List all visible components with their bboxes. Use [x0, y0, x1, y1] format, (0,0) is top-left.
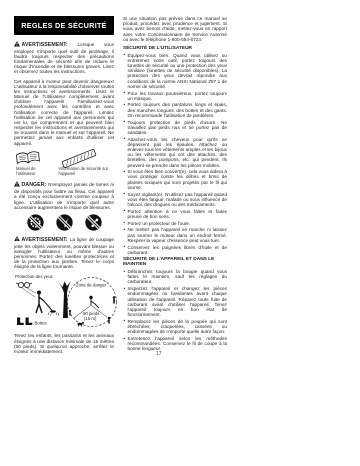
section-heading-user-safety: SÉCURITÉ DE L'UTILISATEUR — [123, 46, 227, 51]
distance-paragraph: Tenez les enfants, les passants et les a… — [14, 333, 114, 354]
dog-figure — [77, 322, 84, 327]
open-book-icon — [16, 150, 50, 167]
section-heading-maintenance: SÉCURITÉ DE L'APPAREIL ET DANS LE MAINTI… — [123, 257, 227, 268]
page-number: 17 — [156, 351, 162, 357]
hatched-label-icon — [58, 150, 114, 167]
pointer-lines — [22, 288, 36, 298]
list-item: Portez attention à ce vous faites et fai… — [123, 209, 227, 219]
tree — [58, 281, 72, 318]
warning-label: AVERTISSEMENT: — [22, 42, 68, 48]
danger-zone-diagram: Protection des yeux — [14, 273, 114, 330]
list-item: Portez un protecteur de l'ouïe. — [123, 221, 227, 226]
list-item: Remplacez les pièces de la poupée qui so… — [123, 319, 227, 335]
danger-zone-label: Zone de danger — [76, 283, 107, 288]
user-safety-list: Équipez-vous bien. Quand vous utilisez o… — [123, 53, 227, 255]
right-column: Si une situation pas prévue dans ce manu… — [123, 16, 227, 353]
warning-paragraph-2: AVERTISSEMENT: La ligne de coupage jette… — [14, 236, 114, 270]
intro-paragraph: Si une situation pas prévue dans ce manu… — [123, 16, 227, 42]
danger-label: DANGER: — [22, 182, 47, 188]
operator-figure — [36, 291, 59, 316]
reference-figures: Manuel de l'utilisateur Information de s… — [16, 150, 114, 177]
manual-caption: Manuel de l'utilisateur — [16, 167, 50, 177]
eye-protection-label: Protection des yeux — [15, 274, 54, 279]
boots-icon — [17, 318, 32, 326]
maintenance-list: Débranchez toujours la bougie quand vous… — [123, 269, 227, 351]
warning-triangle-icon — [14, 236, 20, 243]
list-item: Inspectez l'appareil et changez les pièc… — [123, 286, 227, 317]
appareil-paragraph: Cet appareil à moteur peut devenir dange… — [14, 79, 114, 146]
list-item: Soyez vigilant(e). N'utilisez pas l'appa… — [123, 192, 227, 208]
warning-paragraph-1: AVERTISSEMENT: Lorsque vous employez n'i… — [14, 41, 114, 75]
list-item: Pour les travaux poussiéreux, portez tou… — [123, 91, 227, 101]
safety-label-figure: Information de sécurité sur l'appareil — [58, 150, 114, 177]
list-item: Si vous êtes bien couvert(e), cela vous … — [123, 169, 227, 190]
list-item: Équipez-vous bien. Quand vous utilisez o… — [123, 53, 227, 89]
warning-label: AVERTISSEMENT: — [22, 237, 68, 243]
safety-label-caption: Information de sécurité sur l'appareil — [58, 167, 114, 177]
list-item: Conservez les poignées libres d'huile et… — [123, 245, 227, 255]
list-item: Ne mettez pas l'appareil en marche ni la… — [123, 227, 227, 243]
list-item: Entretenez l'appareil selon les méthodes… — [123, 336, 227, 352]
left-column: REGLES DE SÉCURITÉ AVERTISSEMENT: Lorsqu… — [14, 16, 114, 358]
list-item: Débranchez toujours la bougie quand vous… — [123, 269, 227, 285]
list-item: Attachez-vous les cheveux pour qu'ils ne… — [123, 137, 227, 168]
danger-paragraph: DANGER: N'employez jamais de lames ni de… — [14, 181, 114, 209]
manual-page: REGLES DE SÉCURITÉ AVERTISSEMENT: Lorsqu… — [14, 16, 227, 358]
list-item: Toujours protection de pieds d'usure. Ne… — [123, 120, 227, 136]
no-brush-blade-icon — [56, 214, 73, 231]
boots-label: Bottes — [35, 321, 47, 326]
no-saw-blade-icon — [27, 214, 44, 231]
radius-distance-line2: (15 m) — [84, 316, 97, 321]
goggles-icon — [16, 283, 32, 288]
no-flail-icon — [85, 214, 102, 231]
prohibited-attachments-row — [14, 214, 114, 231]
list-item: Portez toujours des pantalons longs et é… — [123, 102, 227, 118]
page-title: REGLES DE SÉCURITÉ — [14, 16, 114, 35]
center-operator-figure — [89, 296, 99, 308]
warning-triangle-icon — [14, 41, 20, 48]
warning-triangle-icon — [14, 181, 20, 188]
manual-figure: Manuel de l'utilisateur — [16, 150, 50, 177]
